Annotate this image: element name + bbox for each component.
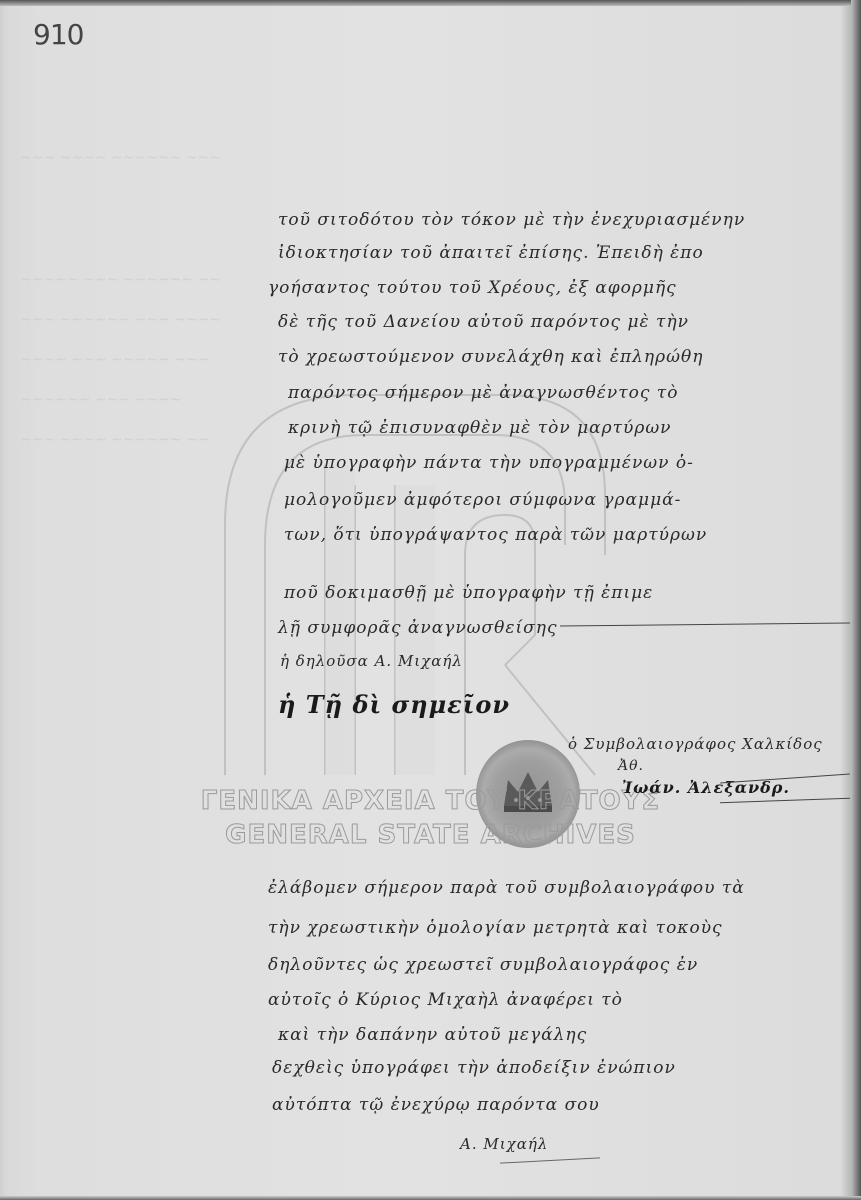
folio-number: 910 (33, 18, 83, 51)
page-top-edge (0, 0, 861, 6)
text-line: δὲ τῆς τοῦ Δανείου αὐτοῦ παρόντος μὲ τὴν (278, 312, 689, 332)
text-line: ἰδιοκτησίαν τοῦ ἀπαιτεῖ ἐπίσης. Ἐπειδὴ ἐ… (278, 243, 704, 263)
bleed-through-text: ~~~~ ~~~ ~~~~~ ~~~ (20, 352, 209, 368)
notary-initial: Ἀθ. (618, 758, 644, 774)
text-line: καὶ τὴν δαπάνην αὐτοῦ μεγάλης (278, 1025, 587, 1045)
bleed-through-text: ~~~ ~~~~ ~~~~~~ ~~~ (20, 150, 221, 166)
bleed-through-text: ~~~ ~~~~ ~~~~~~ ~~ (20, 432, 209, 448)
text-line: αὐτοῖς ὁ Κύριος Μιχαὴλ ἀναφέρει τὸ (268, 990, 623, 1010)
bleed-through-text: ~~~~~~ ~~~ ~~~~ (20, 392, 181, 408)
page-bottom-edge (0, 1196, 861, 1200)
bleed-through-text: ~~~~~ ~~~ ~~~~~~ ~~ (20, 272, 221, 288)
notary-title: ὁ Συμβολαιογράφος Χαλκίδος (568, 735, 823, 753)
text-line: δεχθεὶς ὑπογράφει τὴν ἀποδείξιν ἐνώπιον (272, 1058, 676, 1078)
text-line: λῇ συμφορᾶς ἀναγνωσθείσης (278, 618, 557, 638)
bleed-through-text: ~~~ ~~~~~~ ~~~ ~~~~ (20, 312, 221, 328)
text-line: μολογοῦμεν ἀμφότεροι σύμφωνα γραμμά- (284, 490, 681, 510)
text-line: γοήσαντος τούτου τοῦ Χρέους, ἐξ αφορμῆς (268, 278, 677, 298)
mark-signature: ἡ Τῇ δὶ σημεῖον (278, 690, 510, 719)
text-line: αὐτόπτα τῷ ἐνεχύρῳ παρόντα σου (272, 1095, 600, 1115)
text-line: τοῦ σιτοδότου τὸν τόκον μὲ τὴν ἐνεχυριασ… (278, 210, 745, 230)
watermark-english: GENERAL STATE ARCHIVES (0, 820, 861, 850)
text-line: ἐλάβομεν σήμερον παρὰ τοῦ συμβολαιογράφο… (268, 878, 745, 898)
text-line: τὸ χρεωστούμενον συνελάχθη καὶ ἐπληρώθη (278, 347, 703, 367)
text-line: παρόντος σήμερον μὲ ἀναγνωσθέντος τὸ (288, 383, 678, 403)
text-line: ποῦ δοκιμασθῇ μὲ ὑπογραφὴν τῇ ἐπιμε (284, 583, 653, 603)
notary-signature: Ἰωάν. Ἀλεξανδρ. (622, 778, 790, 797)
text-line: δηλοῦντες ὡς χρεωστεῖ συμβολαιογράφος ἐν (268, 955, 698, 975)
signature-flourish (500, 1157, 600, 1163)
declarant-signature: ἡ δηλοῦσα Α. Μιχαήλ (280, 652, 463, 670)
text-line: μὲ ὑπογραφὴν πάντα τὴν υπογραμμένων ὁ- (284, 453, 694, 473)
text-line: τὴν χρεωστικὴν ὁμολογίαν μετρητὰ καὶ τοκ… (268, 918, 723, 938)
closing-signature: Α. Μιχαήλ (460, 1135, 548, 1153)
text-line: των, ὅτι ὑπογράψαντος παρὰ τῶν μαρτύρων (284, 525, 707, 545)
page-right-edge (851, 0, 861, 1200)
text-line: κρινὴ τῷ ἐπισυναφθὲν μὲ τὸν μαρτύρων (288, 418, 672, 438)
document-page: 910 ~~~ ~~~~ ~~~~~~ ~~~ ~~~~~ ~~~ ~~~~~~… (0, 0, 861, 1200)
